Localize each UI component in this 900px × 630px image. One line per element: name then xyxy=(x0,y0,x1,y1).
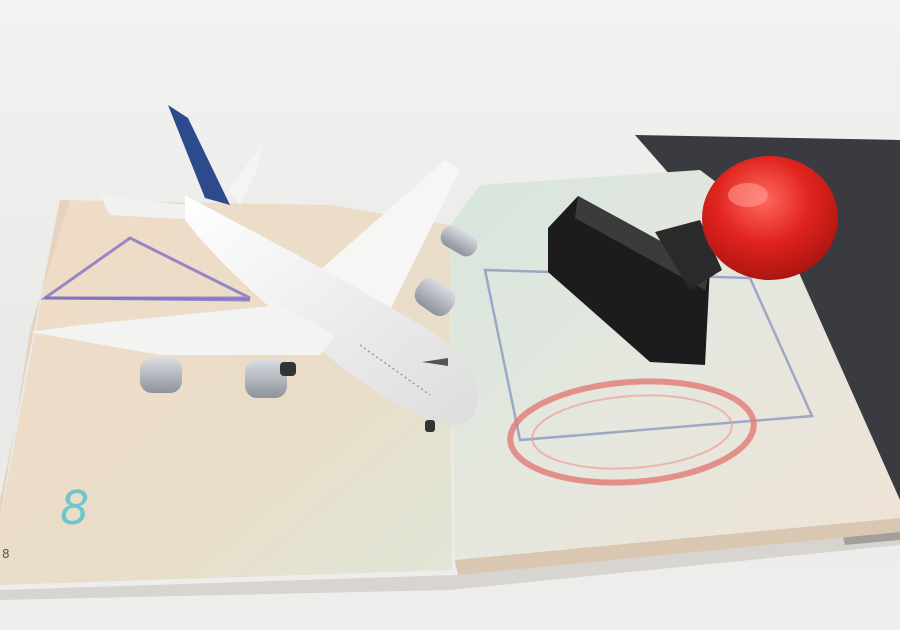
page-number-large: 8 xyxy=(60,481,89,535)
photo-illustration: 8 8 xyxy=(0,0,900,630)
photo-scene: 8 8 xyxy=(0,0,900,630)
page-number-small: 8 xyxy=(2,547,10,561)
